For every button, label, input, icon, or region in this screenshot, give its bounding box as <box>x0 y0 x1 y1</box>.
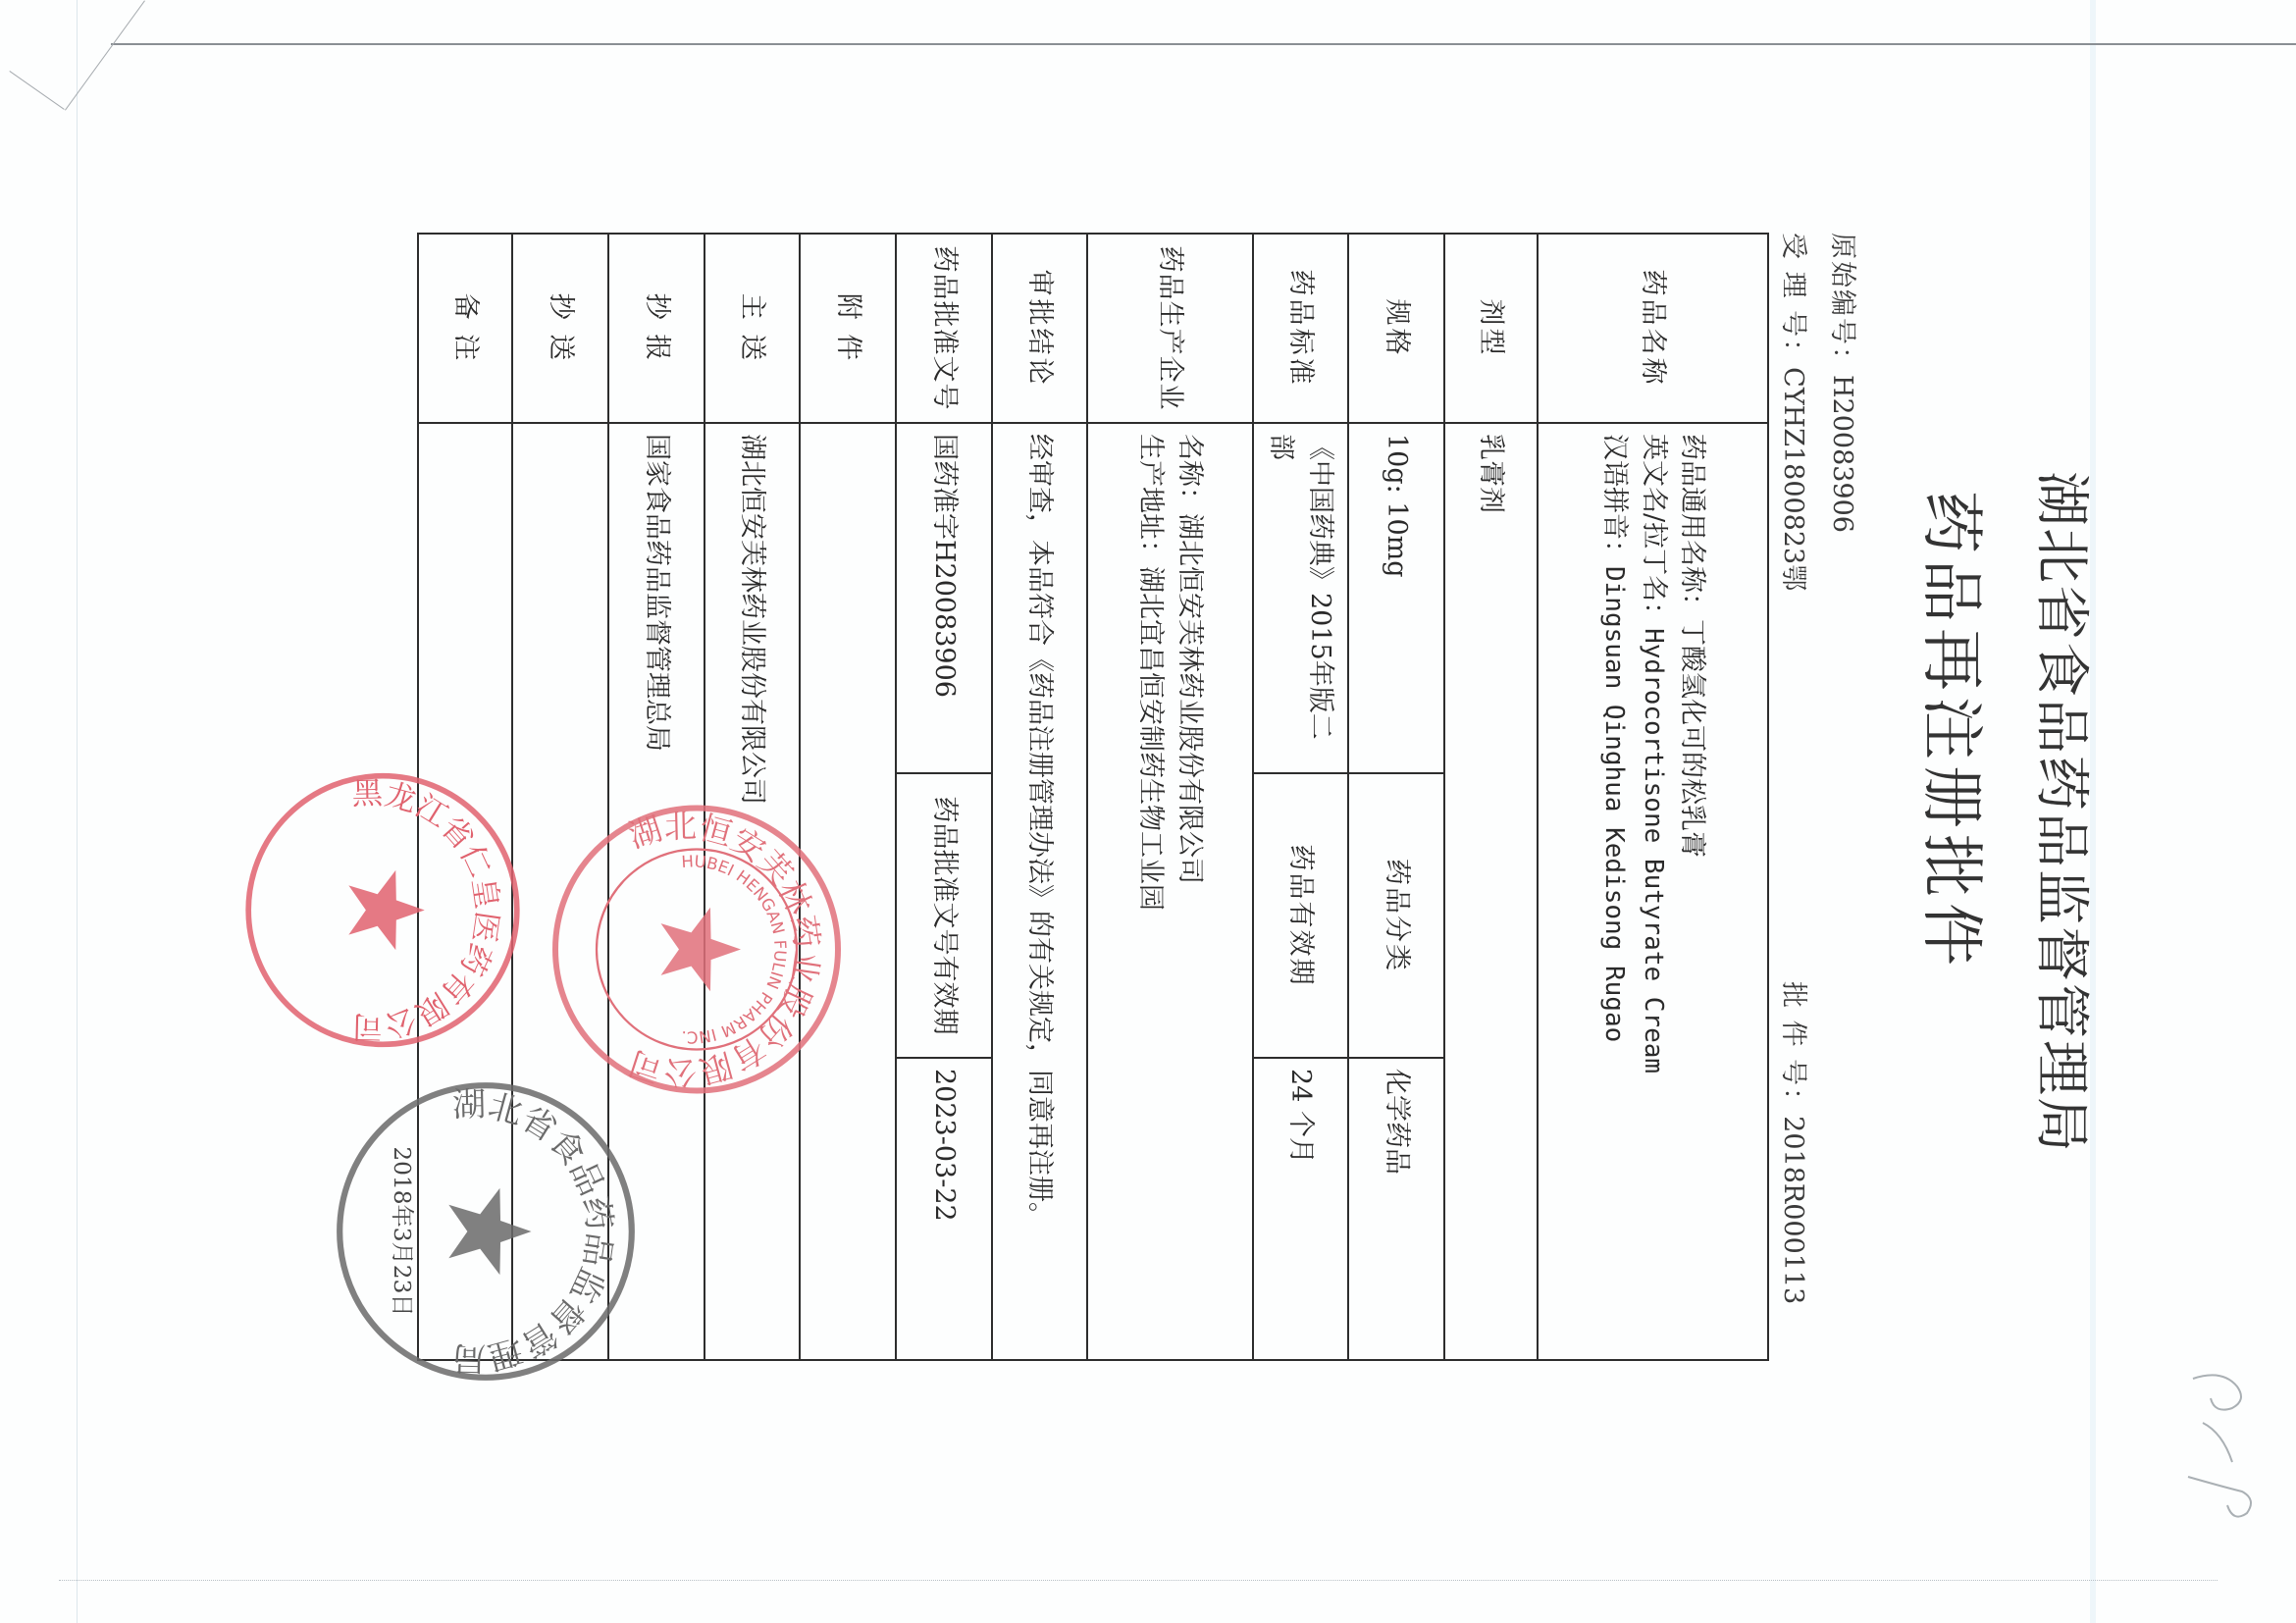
manufacturer-name: 湖北恒安芙林药业股份有限公司 <box>1174 513 1205 884</box>
value-shelf-life: 24 个月 <box>1253 1058 1348 1360</box>
acceptance-number: 受 理 号：CYHZ1800823鄂 <box>1777 233 1815 591</box>
label-dosage-form: 剂型 <box>1444 234 1538 423</box>
row-main-recipient: 主 送 湖北恒安芙林药业股份有限公司 <box>704 234 800 1360</box>
hubei-hengan-seal: 湖北恒安芙林药业股份有限公司HUBEI HENGAN FULIN PHARM I… <box>549 800 844 1099</box>
label-remarks: 备 注 <box>418 234 512 423</box>
row-dosage-form: 剂型 乳膏剂 <box>1444 234 1538 1360</box>
label-conclusion: 审批结论 <box>992 234 1087 423</box>
hubei-hengan-seal-graphic: 湖北恒安芙林药业股份有限公司HUBEI HENGAN FULIN PHARM I… <box>549 800 844 1099</box>
manufacturer-address: 湖北宜昌恒安制药生物工业园 <box>1136 566 1167 911</box>
label-report-to: 抄 报 <box>608 234 704 423</box>
value-manufacturer: 名称：湖北恒安芙林药业股份有限公司 生产地址：湖北宜昌恒安制药生物工业园 <box>1087 423 1253 1360</box>
document-title: 药品再注册批件 <box>1911 491 2002 971</box>
row-approval-number: 药品批准文号 国药准字H20083906 药品批准文号有效期 2023-03-2… <box>896 234 992 1360</box>
pinyin-name: Dingsuan Qinghua Kedisong Rugao <box>1599 566 1629 1042</box>
value-conclusion: 经审查，本品符合《药品注册管理办法》的有关规定，同意再注册。 <box>992 423 1087 1360</box>
row-attachment: 附 件 <box>800 234 896 1360</box>
approval-document: 湖北省食品药品监督管理局 药品再注册批件 原始编号：H20083906 受 理 … <box>0 0 2296 1623</box>
label-drug-category: 药品分类 <box>1348 773 1444 1058</box>
row-spec: 规格 10g: 10mg 药品分类 化学药品 <box>1348 234 1444 1360</box>
label-approval-number: 药品批准文号 <box>896 234 992 423</box>
value-approval-validity: 2023-03-22 <box>896 1058 992 1360</box>
label-shelf-life: 药品有效期 <box>1253 773 1348 1058</box>
generic-name: 丁酸氢化可的松乳膏 <box>1677 619 1707 858</box>
label-standard: 药品标准 <box>1253 234 1348 423</box>
agency-title: 湖北省食品药品监督管理局 <box>2026 471 2105 1154</box>
english-name: Hydrocortisone Butyrate Cream <box>1639 628 1668 1073</box>
row-manufacturer: 药品生产企业 名称：湖北恒安芙林药业股份有限公司 生产地址：湖北宜昌恒安制药生物… <box>1087 234 1253 1360</box>
value-standard: 《中国药典》2015年版二部 <box>1253 423 1348 773</box>
label-main-recipient: 主 送 <box>704 234 800 423</box>
hubei-fda-seal: 湖北省食品药品监督管理局2018年3月23日 <box>334 1079 638 1384</box>
value-dosage-form: 乳膏剂 <box>1444 423 1538 1360</box>
value-spec: 10g: 10mg <box>1348 423 1444 773</box>
value-drug-category: 化学药品 <box>1348 1058 1444 1360</box>
value-drug-name: 药品通用名称：丁酸氢化可的松乳膏 英文名/拉丁名：Hydrocortisone … <box>1538 423 1768 1360</box>
value-approval-number: 国药准字H20083906 <box>896 423 992 773</box>
original-number: 原始编号：H20083906 <box>1826 233 1864 533</box>
label-manufacturer: 药品生产企业 <box>1087 234 1253 423</box>
label-approval-validity: 药品批准文号有效期 <box>896 773 992 1058</box>
label-attachment: 附 件 <box>800 234 896 423</box>
row-standard: 药品标准 《中国药典》2015年版二部 药品有效期 24 个月 <box>1253 234 1348 1360</box>
label-cc: 抄 送 <box>512 234 608 423</box>
heilongjiang-company-seal-graphic: 黑龙江省仁皇医药有限公司 <box>240 770 525 1050</box>
star-icon <box>348 870 424 950</box>
heilongjiang-company-seal: 黑龙江省仁皇医药有限公司 <box>240 770 525 1050</box>
svg-text:2018年3月23日: 2018年3月23日 <box>389 1146 415 1316</box>
row-conclusion: 审批结论 经审查，本品符合《药品注册管理办法》的有关规定，同意再注册。 <box>992 234 1087 1360</box>
row-drug-name: 药品名称 药品通用名称：丁酸氢化可的松乳膏 英文名/拉丁名：Hydrocorti… <box>1538 234 1768 1360</box>
label-drug-name: 药品名称 <box>1538 234 1768 423</box>
hubei-fda-seal-graphic: 湖北省食品药品监督管理局2018年3月23日 <box>334 1079 638 1384</box>
approval-document-number: 批 件 号：2018R000113 <box>1777 981 1815 1304</box>
star-icon <box>448 1188 531 1275</box>
label-spec: 规格 <box>1348 234 1444 423</box>
star-icon <box>661 908 741 992</box>
